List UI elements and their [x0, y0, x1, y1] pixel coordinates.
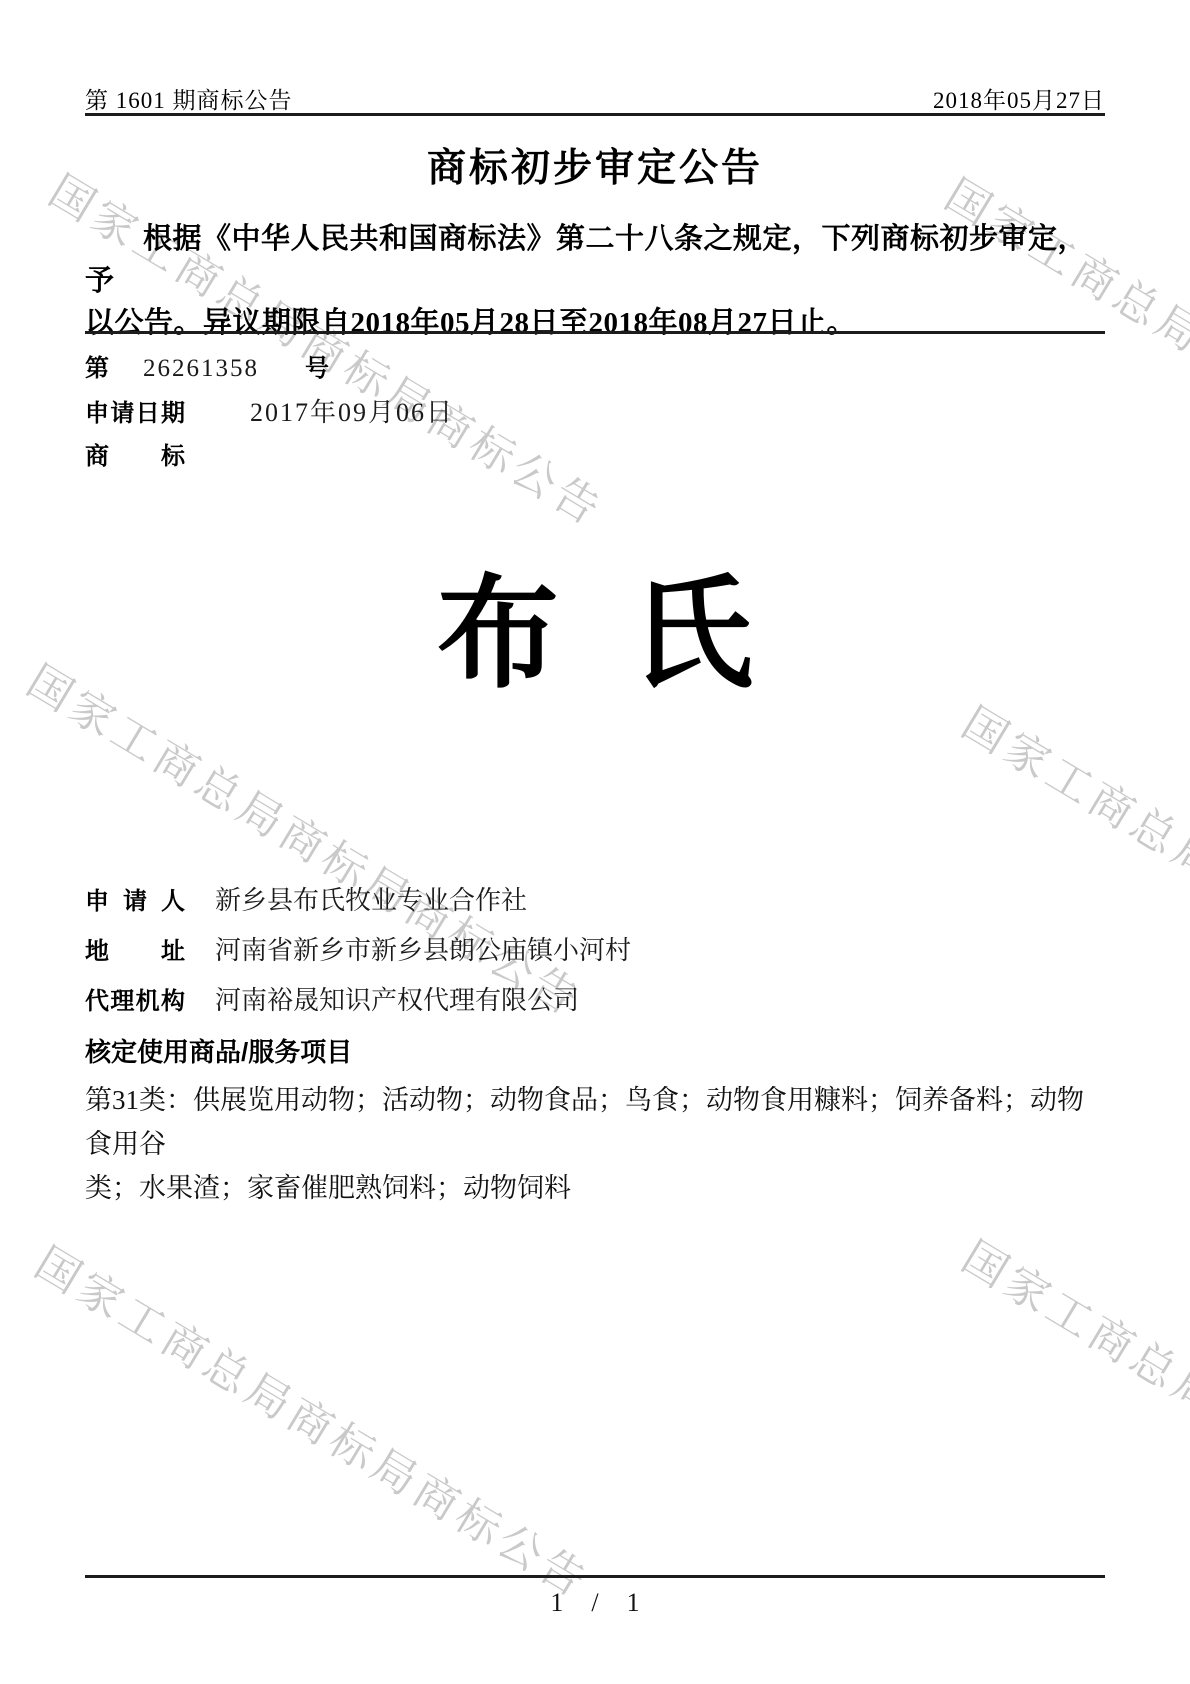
page-separator: / — [591, 1588, 598, 1618]
goods-services-text: 第31类：供展览用动物；活动物；动物食品；鸟食；动物食用糠料；饲养备料；动物食用… — [85, 1078, 1105, 1210]
registration-number: 26261358 — [143, 355, 259, 383]
notice-line: 以公告。异议期限自2018年05月28日至2018年08月27日止。 — [85, 302, 1105, 344]
document-title: 商标初步审定公告 — [0, 137, 1190, 193]
trademark-label-row: 商标 — [85, 436, 1105, 471]
goods-line: 类；水果渣；家畜催肥熟饲料；动物饲料 — [85, 1166, 1105, 1210]
page-total: 1 — [627, 1588, 640, 1618]
application-date-label: 申请日期 — [85, 393, 185, 428]
gazette-issue: 第 1601 期商标公告 — [85, 82, 293, 115]
document-page: 国家工商总局商标局商标公告 国家工商总局商标局商标公告 国家工商总局商标局商标公… — [0, 0, 1190, 1684]
agency-label: 代理机构 — [85, 981, 185, 1016]
address-row: 地址 河南省新乡市新乡县朗公庙镇小河村 — [85, 930, 1105, 967]
header-rule — [85, 113, 1105, 116]
goods-line: 第31类：供展览用动物；活动物；动物食品；鸟食；动物食用糠料；饲养备料；动物食用… — [85, 1078, 1105, 1166]
application-date-row: 申请日期 2017年09月06日 — [85, 392, 1105, 429]
gazette-date: 2018年05月27日 — [933, 82, 1105, 115]
applicant-row: 申请人 新乡县布氏牧业专业合作社 — [85, 880, 1105, 917]
goods-services-heading: 核定使用商品/服务项目 — [85, 1032, 352, 1069]
page-number: 1 — [550, 1588, 563, 1618]
applicant-name: 新乡县布氏牧业专业合作社 — [215, 880, 527, 917]
content-layer: 第 1601 期商标公告 2018年05月27日 商标初步审定公告 根据《中华人… — [0, 0, 1190, 1684]
address-label: 地址 — [85, 931, 185, 966]
agency-name: 河南裕晟知识产权代理有限公司 — [215, 980, 579, 1017]
agency-row: 代理机构 河南裕晟知识产权代理有限公司 — [85, 980, 1105, 1017]
trademark-label: 商标 — [85, 436, 185, 471]
footer-rule — [85, 1575, 1105, 1578]
applicant-label: 申请人 — [85, 881, 185, 916]
application-date-value: 2017年09月06日 — [250, 392, 454, 429]
trademark-mark-text: 布氏 — [0, 536, 1190, 711]
number-prefix: 第 — [85, 348, 109, 383]
section-rule — [85, 331, 1105, 334]
registration-number-row: 第 26261358 号 — [85, 348, 1105, 383]
notice-paragraph: 根据《中华人民共和国商标法》第二十八条之规定，下列商标初步审定，予 以公告。异议… — [85, 218, 1105, 344]
page-pagination: 1 / 1 — [0, 1588, 1190, 1618]
notice-line: 根据《中华人民共和国商标法》第二十八条之规定，下列商标初步审定，予 — [85, 218, 1105, 302]
number-suffix: 号 — [305, 348, 329, 383]
address-value: 河南省新乡市新乡县朗公庙镇小河村 — [215, 930, 631, 967]
